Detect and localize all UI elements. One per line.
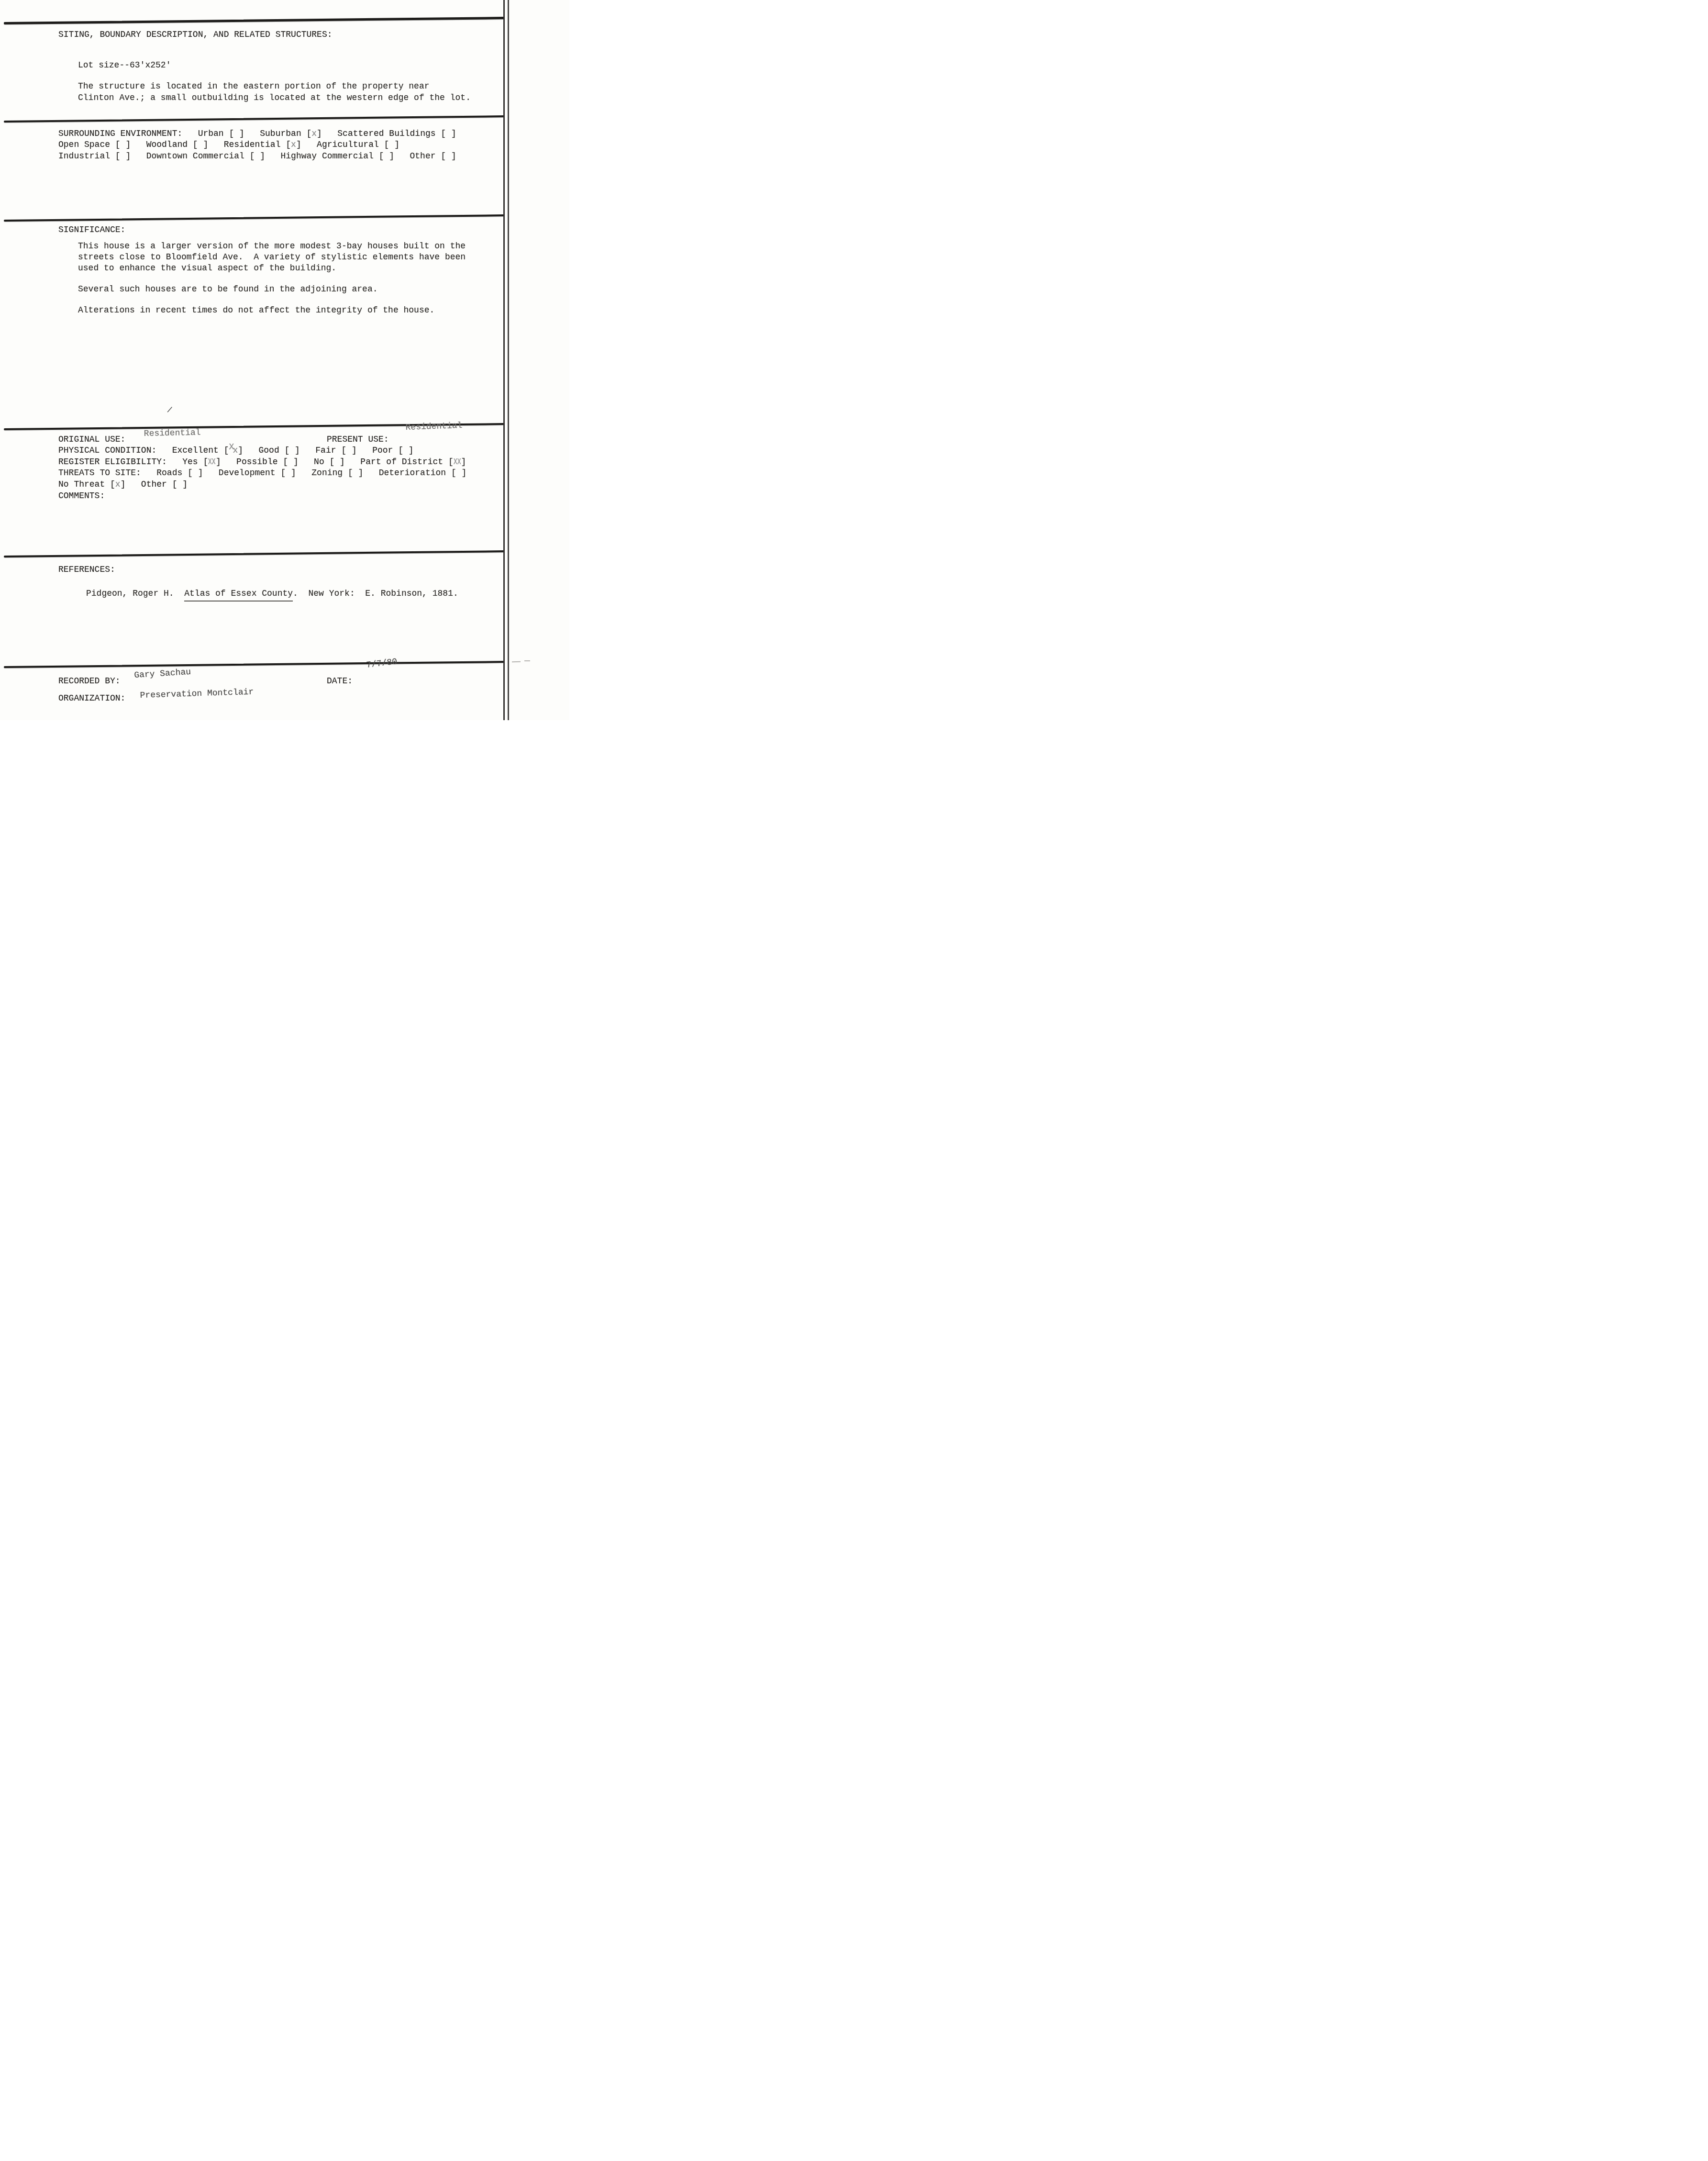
siting-description-line1: The structure is located in the eastern … [78,82,430,91]
register-eligibility-line: REGISTER ELIGIBILITY: Yes [XX] Possible … [58,457,466,468]
register-eligibility-text: REGISTER ELIGIBILITY: Yes [ [58,457,208,467]
reference-author: Pidgeon, Roger H. [86,589,184,599]
stray-pen-mark: / [166,406,173,416]
section-divider-top [4,17,504,24]
physical-condition-line: PHYSICAL CONDITION: Excellent [Xx] Good … [58,446,414,457]
significance-p1-line3: used to enhance the visual aspect of the… [78,264,336,273]
original-use-value: Residential [144,428,201,439]
environment-line2-text: Open Space [ ] Woodland [ ] Residential … [58,140,291,150]
section-divider-references [4,550,504,557]
siting-section-title: SITING, BOUNDARY DESCRIPTION, AND RELATE… [58,30,333,41]
siting-description-line2: Clinton Ave.; a small outbuilding is loc… [78,93,471,103]
date-value: 7/7/80 [366,657,398,670]
recorded-by-value: Gary Sachau [134,668,191,680]
reference-entry: Pidgeon, Roger H. Atlas of Essex County.… [86,589,458,602]
no-threat-text: No Threat [ [58,480,115,490]
edge-scan-dash [524,660,530,661]
environment-line1-rest: ] Scattered Buildings [ ] [317,129,456,139]
present-use-label: PRESENT USE: [327,434,389,446]
significance-paragraph-2: Several such houses are to be found in t… [78,284,378,296]
original-use-label: ORIGINAL USE: [58,434,125,446]
recorded-by-label: RECORDED BY: [58,676,121,688]
threats-to-site-line: THREATS TO SITE: Roads [ ] Development [… [58,468,466,479]
section-divider-environment [4,115,504,123]
siting-description: The structure is located in the eastern … [78,81,471,104]
date-label: DATE: [327,676,353,688]
significance-section-title: SIGNIFICANCE: [58,225,125,236]
significance-paragraph-3: Alterations in recent times do not affec… [78,305,434,317]
physical-condition-rest: ] Good [ ] Fair [ ] Poor [ ] [238,446,413,456]
yes-checkbox-mark: XX [208,457,216,468]
lot-size-text: Lot size--63'x252' [78,60,171,72]
scanned-survey-form-page: SITING, BOUNDARY DESCRIPTION, AND RELATE… [0,0,569,720]
comments-label: COMMENTS: [58,491,105,502]
reference-publisher: . New York: E. Robinson, 1881. [293,589,458,599]
part-of-district-checkbox-mark: XX [454,457,461,468]
excellent-checkbox-mark-upper: X [229,442,233,454]
register-eligibility-end: ] [461,457,466,467]
significance-paragraph-1: This house is a larger version of the mo… [78,241,466,274]
present-use-value: Residential [405,421,462,433]
suburban-checkbox-mark: x [311,129,317,139]
page-edge-line-inner [503,0,505,720]
section-divider-significance [4,214,504,222]
no-threat-line: No Threat [x] Other [ ] [58,479,188,491]
section-divider-footer [4,661,504,668]
residential-checkbox-mark: x [291,140,296,150]
significance-p1-line1: This house is a larger version of the mo… [78,242,466,251]
reference-book-title: Atlas of Essex County [184,589,293,602]
environment-line-2: Open Space [ ] Woodland [ ] Residential … [58,140,399,151]
references-section-title: REFERENCES: [58,565,115,576]
physical-condition-text: PHYSICAL CONDITION: Excellent [ [58,446,229,456]
no-threat-checkbox-mark: x [115,480,121,490]
organization-label: ORGANIZATION: [58,693,125,705]
environment-line2-rest: ] Agricultural [ ] [296,140,399,150]
environment-line1-text: SURROUNDING ENVIRONMENT: Urban [ ] Subur… [58,129,311,139]
edge-scan-dash [512,661,521,662]
organization-value: Preservation Montclair [140,688,254,701]
register-eligibility-middle: ] Possible [ ] No [ ] Part of District [ [216,457,454,467]
environment-line-1: SURROUNDING ENVIRONMENT: Urban [ ] Subur… [58,129,456,140]
no-threat-rest: ] Other [ ] [121,480,188,490]
significance-p1-line2: streets close to Bloomfield Ave. A varie… [78,253,466,262]
page-edge-line-outer [508,0,509,720]
environment-line-3: Industrial [ ] Downtown Commercial [ ] H… [58,151,456,163]
